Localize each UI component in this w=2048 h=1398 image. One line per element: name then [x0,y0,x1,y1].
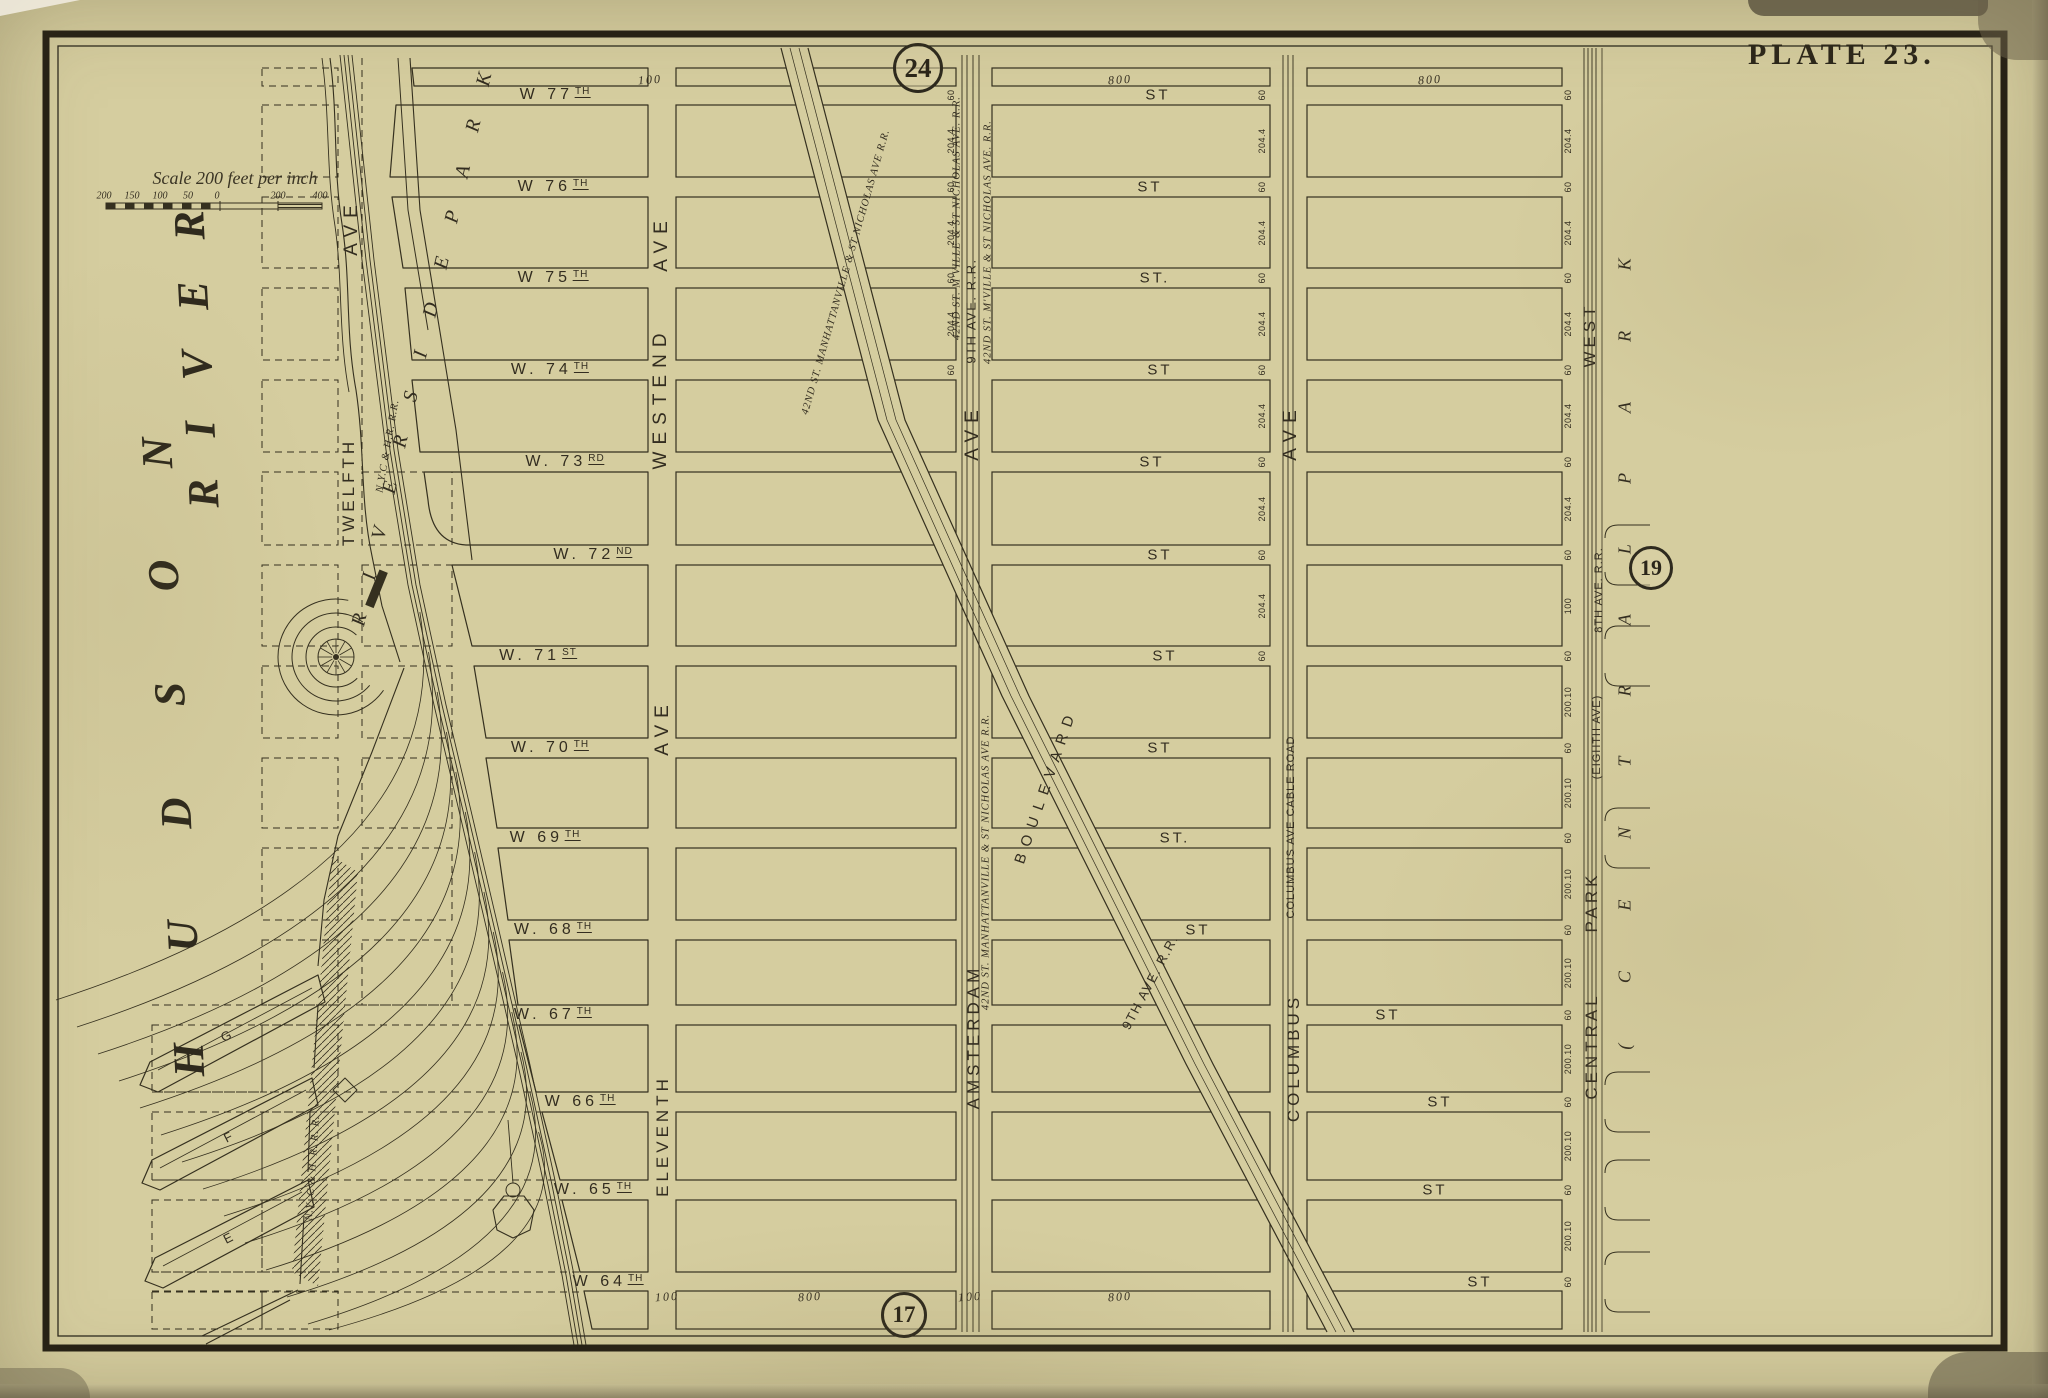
lot-dim-cpw-street-6: 60 [1563,650,1573,661]
lot-dim-cpw-street-1: 60 [1563,181,1573,192]
manhattanville-rr-label-lower: 42ND ST. MANHATTANVILLE & ST NICHOLAS AV… [981,714,992,1010]
street-ordinal-suffix: TH [575,86,590,98]
street-label-65th: W. 65TH [554,1181,632,1199]
columbus-ave-label-name: COLUMBUS [1284,994,1304,1122]
cpw-label-park: PARK [1582,871,1602,932]
page-edge-right [2032,0,2048,1398]
lot-dim-columbus-block-4: 204.4 [1257,496,1267,521]
street-label-72th: W. 72ND [553,546,632,564]
lot-dim-columbus-street-0: 60 [1257,89,1267,100]
lot-dim-amsterdam-street-0: 60 [946,89,956,100]
street-number: W. 72 [553,546,614,563]
street-label-74th: W. 74TH [511,361,589,379]
lot-dim-cpw-block-11: 200.10 [1563,1131,1573,1162]
amsterdam-ave-label-ave: AVE [962,403,984,461]
block-length-top-2: 800 [1418,72,1443,89]
torn-corner-bottom-right [1928,1352,2048,1398]
lot-dim-amsterdam-street-2: 60 [946,272,956,283]
lot-dim-cpw-street-9: 60 [1563,924,1573,935]
lot-dim-amsterdam-street-3: 60 [946,364,956,375]
street-label-st-70: ST [1147,740,1172,757]
lot-dim-amsterdam-block-2: 204.4 [946,311,956,336]
plate-title: PLATE 23. [1748,38,1936,72]
lot-dim-columbus-block-5: 204.4 [1257,593,1267,618]
street-number: W. 71 [499,647,560,664]
eleventh-ave-label-ave: AVE [652,698,674,756]
lot-dim-cpw-street-4: 60 [1563,456,1573,467]
scale-tick-left-2: 100 [153,191,168,202]
lot-dim-columbus-block-3: 204.4 [1257,403,1267,428]
cpw-label-central: CENTRAL [1582,992,1602,1099]
torn-corner-bottom-left [0,1368,90,1398]
lot-dim-amsterdam-block-0: 204.4 [946,128,956,153]
street-label-st-64: ST [1467,1274,1492,1291]
lot-dim-amsterdam-block-1: 204.4 [946,220,956,245]
lot-dim-cpw-street-0: 60 [1563,89,1573,100]
street-label-69th: W 69TH [510,829,581,847]
street-number: W. 65 [554,1181,615,1198]
block-length-top-0: 100 [638,72,663,89]
lot-dim-columbus-street-2: 60 [1257,272,1267,283]
columbus-ave-label-ave: AVE [1280,403,1302,461]
columbus-cable-road-label: COLUMBUS AVE CABLE ROAD [1285,736,1297,919]
lot-dim-cpw-street-13: 60 [1563,1276,1573,1287]
street-label-st-73: ST [1139,454,1164,471]
eleventh-ave-label-name: ELEVENTH [653,1075,673,1197]
street-label-67th: W. 67TH [514,1006,592,1024]
lot-dim-cpw-block-12: 200.10 [1563,1221,1573,1252]
street-number: W 75 [518,269,571,286]
lot-dim-cpw-street-7: 60 [1563,742,1573,753]
block-length-bottom-3: 800 [1108,1289,1133,1306]
street-ordinal-suffix: TH [628,1273,643,1285]
street-label-70th: W. 70TH [511,739,589,757]
lot-dim-columbus-street-4: 60 [1257,456,1267,467]
street-number: W. 70 [511,739,572,756]
scale-tick-left-3: 50 [183,191,193,202]
lot-dim-cpw-block-4: 204.4 [1563,496,1573,521]
west-end-ave-label-west: WEST [650,387,672,470]
lot-dim-columbus-block-1: 204.4 [1257,220,1267,245]
scale-caption: Scale 200 feet per inch [100,168,370,189]
street-ordinal-suffix: TH [577,1006,592,1018]
street-number: W. 67 [514,1006,575,1023]
street-number: W. 68 [514,921,575,938]
scanned-atlas-page: PLATE 23. 24 19 17 Scale 200 feet per in… [0,0,2048,1398]
street-ordinal-suffix: TH [565,829,580,841]
scale-tick-left-0: 200 [97,191,112,202]
street-label-st-69: ST. [1160,830,1191,847]
street-label-st-74: ST [1147,362,1172,379]
lot-dim-cpw-block-3: 204.4 [1563,403,1573,428]
lot-dim-amsterdam-street-1: 60 [946,181,956,192]
lot-dim-cpw-block-9: 200.10 [1563,957,1573,988]
central-park-label: ( C E N T R A L P A R K [1615,230,1636,1049]
page-notch-top-left [0,0,80,16]
lot-dim-cpw-street-10: 60 [1563,1009,1573,1020]
lot-dim-cpw-street-11: 60 [1563,1096,1573,1107]
scale-tick-left-1: 150 [125,191,140,202]
street-ordinal-suffix: TH [577,921,592,933]
ninth-ave-rr-label-amsterdam: 9TH AVE. R.R. [964,258,979,363]
street-label-st-65: ST [1422,1182,1447,1199]
lot-dim-cpw-street-2: 60 [1563,272,1573,283]
street-label-st-75: ST. [1140,270,1171,287]
lot-dim-cpw-block-1: 204.4 [1563,220,1573,245]
page-edge-bottom [0,1384,2048,1398]
lot-dim-cpw-block-0: 204.4 [1563,128,1573,153]
street-ordinal-suffix: TH [617,1181,632,1193]
street-label-68th: W. 68TH [514,921,592,939]
street-label-66th: W 66TH [545,1093,616,1111]
street-number: W 76 [518,178,571,195]
block-length-bottom-0: 100 [655,1289,680,1306]
street-label-st-72: ST [1147,547,1172,564]
street-ordinal-suffix: ND [616,546,632,558]
street-label-76th: W 76TH [518,178,589,196]
scale-tick-right-0: 200 [271,191,286,202]
lot-dim-columbus-street-6: 60 [1257,650,1267,661]
street-label-64th: W 64TH [573,1273,644,1291]
adjacent-plate-right-badge: 19 [1629,546,1673,590]
street-label-st-66: ST [1427,1094,1452,1111]
lot-dim-columbus-block-0: 204.4 [1257,128,1267,153]
lot-dim-columbus-street-1: 60 [1257,181,1267,192]
lot-dim-cpw-block-7: 200.10 [1563,778,1573,809]
scale-tick-right-1: 400 [313,191,328,202]
street-ordinal-suffix: TH [574,739,589,751]
adjacent-plate-top-badge: 24 [893,43,943,93]
street-ordinal-suffix: TH [600,1093,615,1105]
lot-dim-cpw-street-8: 60 [1563,832,1573,843]
block-length-bottom-2: 100 [958,1289,983,1306]
twelfth-ave-label-ave: AVE [341,198,363,256]
twelfth-ave-label-name: TWELFTH [339,438,359,546]
lot-dim-columbus-street-3: 60 [1257,364,1267,375]
manhattanville-rr-label-east: 42ND ST. M'VILLE & ST NICHOLAS AVE. R.R. [983,120,994,364]
street-number: W. 73 [525,453,586,470]
street-ordinal-suffix: TH [573,269,588,281]
street-label-st-71: ST [1152,648,1177,665]
block-length-top-1: 800 [1108,72,1133,89]
street-number: W. 74 [511,361,572,378]
scale-tick-left-4: 0 [215,191,220,202]
lot-dim-columbus-block-2: 204.4 [1257,311,1267,336]
lot-dim-cpw-street-5: 60 [1563,549,1573,560]
lot-dim-cpw-block-8: 200.10 [1563,869,1573,900]
lot-dim-columbus-street-5: 60 [1257,549,1267,560]
torn-corner-top-right [1748,0,1988,16]
street-label-71th: W. 71ST [499,647,577,665]
street-label-st-68: ST [1185,922,1210,939]
street-number: W 69 [510,829,563,846]
lot-dim-cpw-block-5: 100 [1563,597,1573,614]
street-number: W 77 [520,86,573,103]
street-label-75th: W 75TH [518,269,589,287]
street-label-77th: W 77TH [520,86,591,104]
lot-dim-cpw-block-2: 204.4 [1563,311,1573,336]
lot-dim-cpw-street-3: 60 [1563,364,1573,375]
lot-dim-cpw-street-12: 60 [1563,1184,1573,1195]
west-end-ave-label-ave: AVE [651,214,673,272]
street-label-st-77: ST [1145,87,1170,104]
cpw-label-west: WEST [1580,302,1600,367]
street-label-st-67: ST [1375,1007,1400,1024]
street-label-73th: W. 73RD [525,453,604,471]
cpw-label-eighth-ave: (EIGHTH AVE) [1591,695,1603,780]
street-ordinal-suffix: RD [588,453,604,465]
street-label-st-76: ST [1137,179,1162,196]
street-ordinal-suffix: ST [562,647,577,659]
street-ordinal-suffix: TH [573,178,588,190]
lot-dim-cpw-block-6: 200.10 [1563,687,1573,718]
street-number: W 64 [573,1273,626,1290]
west-end-ave-label-end: END [650,326,672,387]
atlas-map-plate-23: PLATE 23. 24 19 17 Scale 200 feet per in… [0,0,2048,1398]
street-number: W 66 [545,1093,598,1110]
lot-dim-cpw-block-10: 200.10 [1563,1043,1573,1074]
street-ordinal-suffix: TH [574,361,589,373]
adjacent-plate-bottom-badge: 17 [881,1292,927,1338]
eighth-ave-rr-label: 8TH AVE. R.R. [1593,547,1605,633]
block-length-bottom-1: 800 [798,1289,823,1306]
